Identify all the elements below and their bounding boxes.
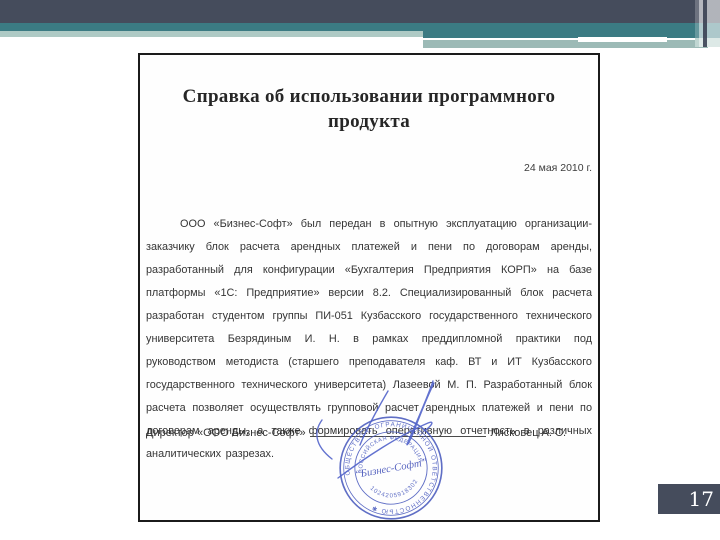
header-corner-stripes (695, 0, 720, 47)
presentation-slide: Справка об использовании программного пр… (0, 0, 720, 540)
page-number: 17 (689, 487, 714, 511)
page-number-box: 17 (658, 484, 720, 514)
document-title-line1: Справка об использовании программного (140, 84, 598, 109)
header-line-sage-left (0, 31, 423, 37)
header-white-notch (578, 37, 667, 42)
signature-name: Лисковец А. С. (486, 427, 566, 439)
document-title: Справка об использовании программного пр… (140, 84, 598, 134)
header-bar-teal (0, 23, 720, 31)
signature-label: Директор «ООО Бизнес-Софт» (146, 427, 310, 439)
document-title-line2: продукта (140, 109, 598, 134)
document-date: 24 мая 2010 г. (524, 162, 592, 174)
scanned-document: Справка об использовании программного пр… (138, 53, 600, 522)
header-bar-dark (0, 0, 695, 23)
company-stamp-icon: ОБЩЕСТВО С ОГРАНИЧЕННОЙ ОТВЕТСТВЕННОСТЬЮ… (330, 407, 452, 529)
stamp-ogrn-number: 1024205918302 (368, 477, 422, 504)
